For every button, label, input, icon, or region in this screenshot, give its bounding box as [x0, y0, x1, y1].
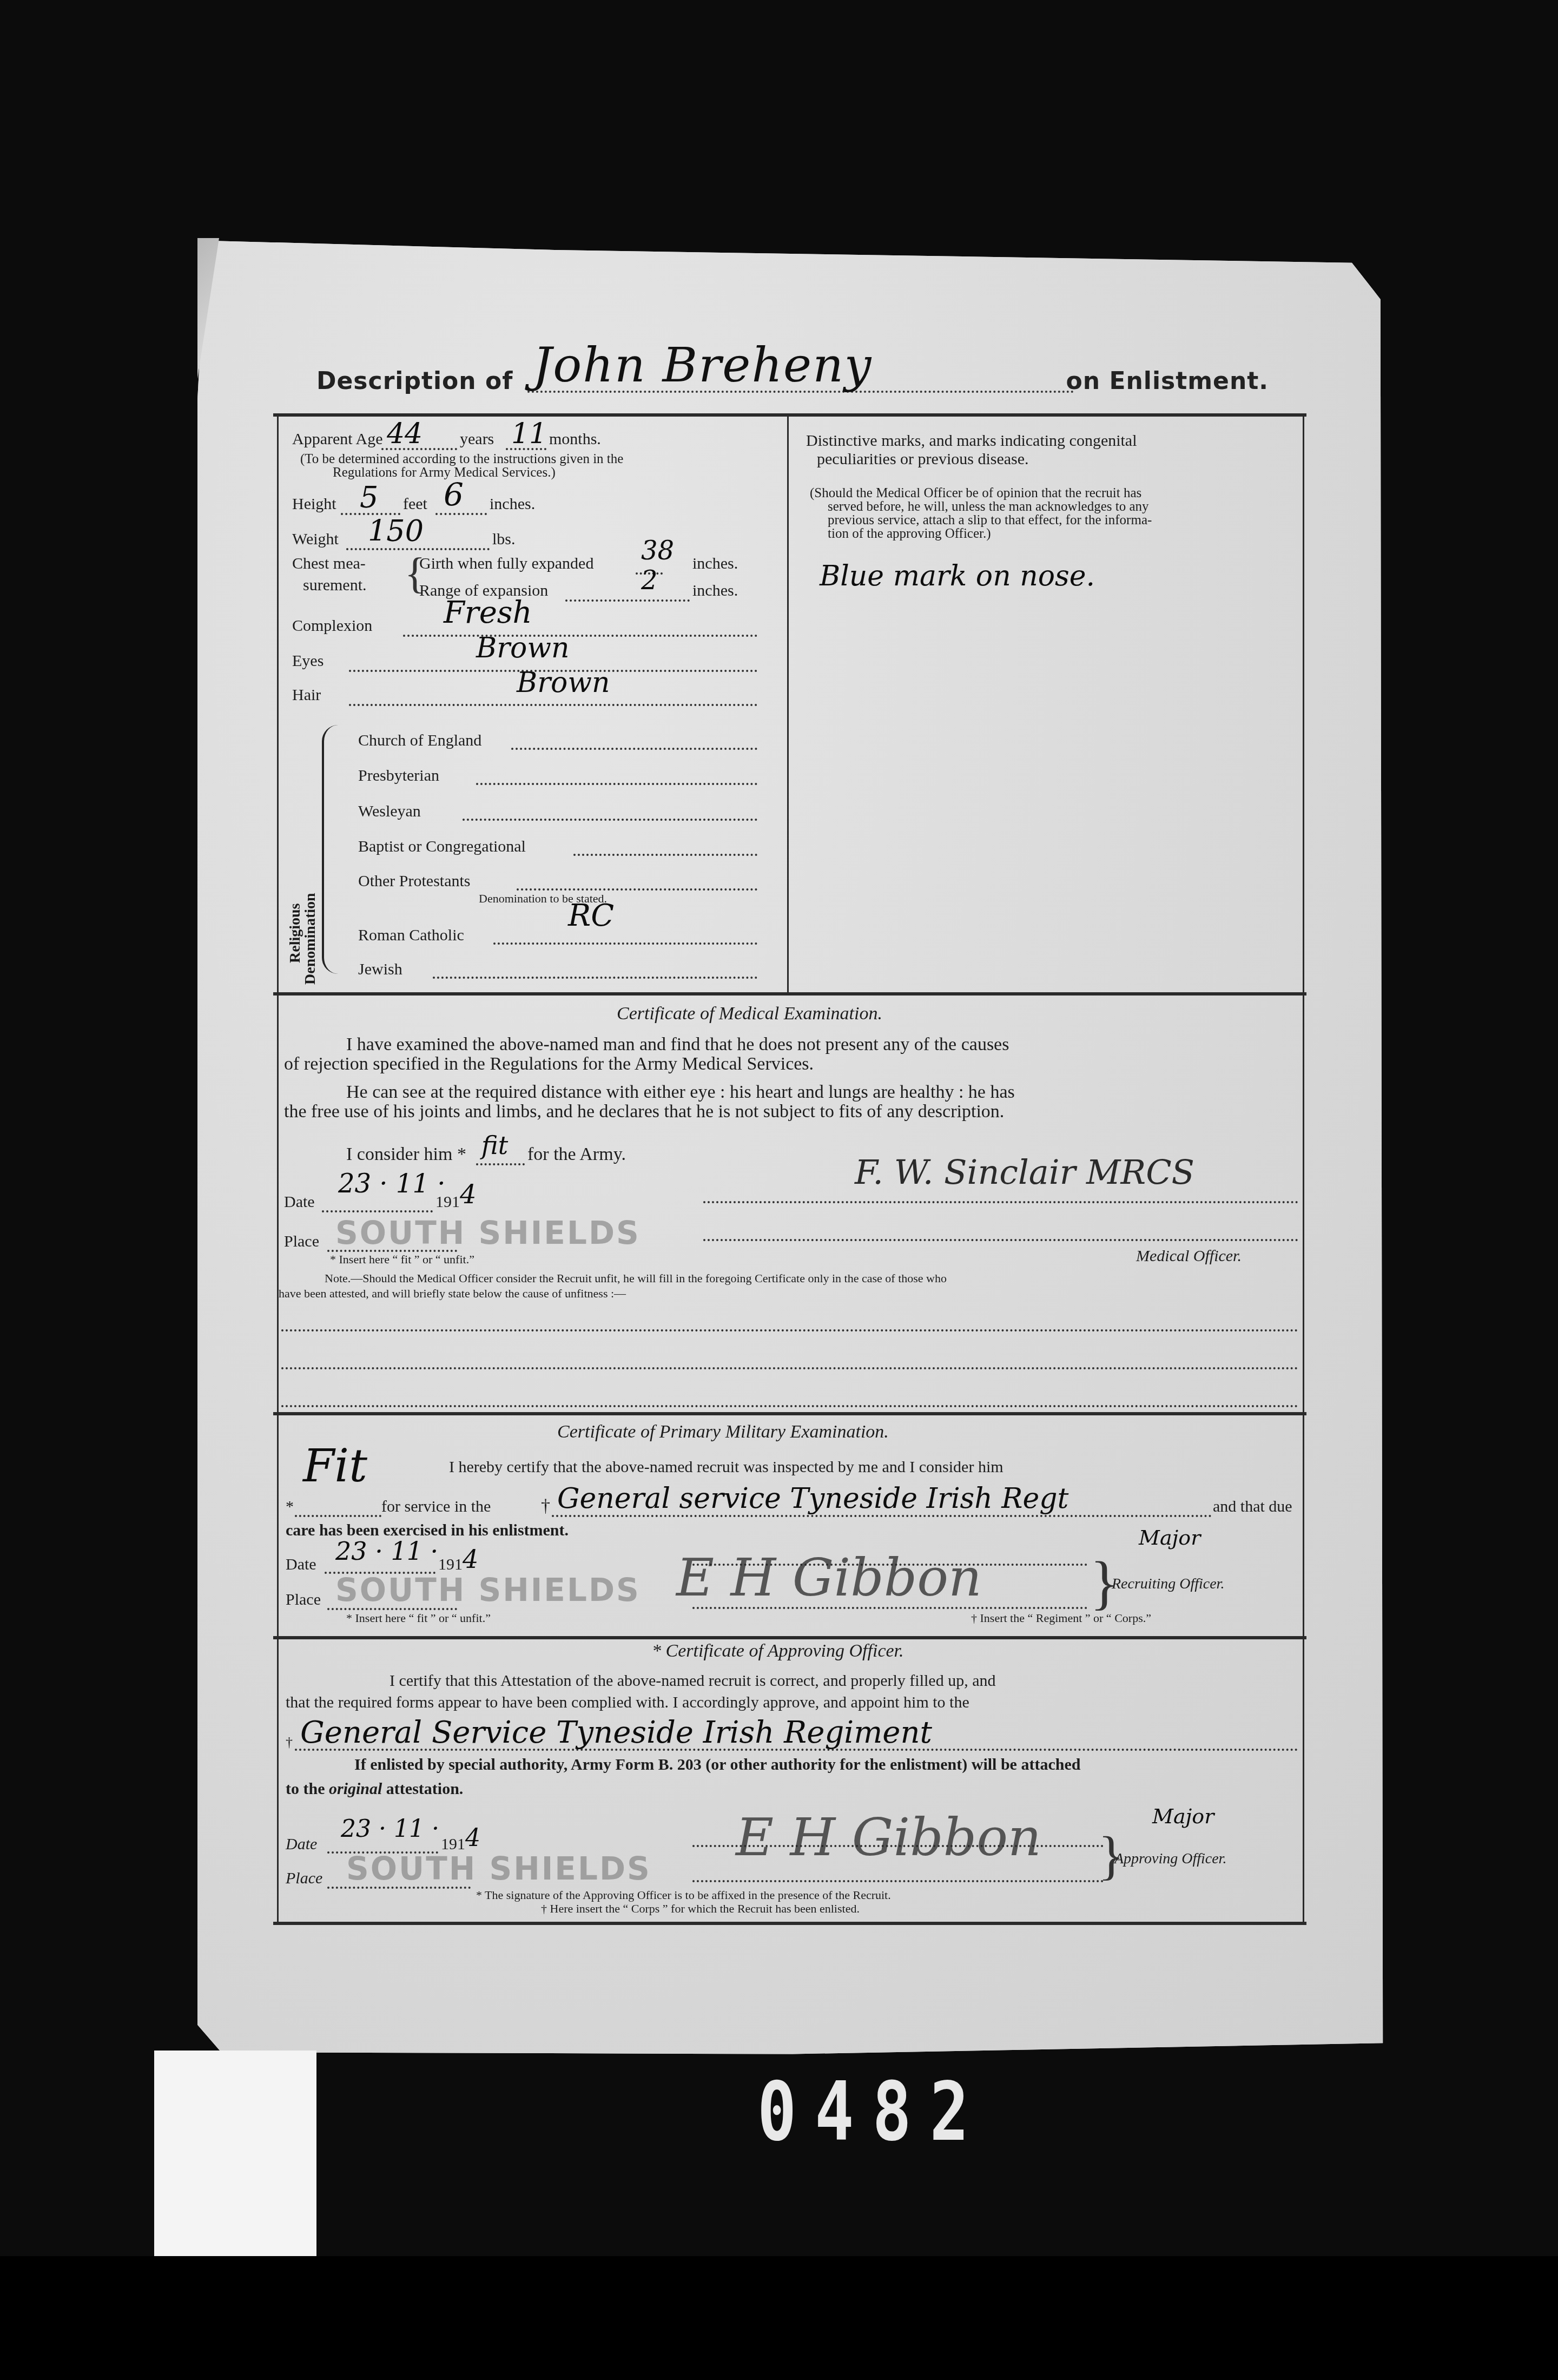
corps-value[interactable]: General Service Tyneside Irish Regiment: [300, 1715, 932, 1750]
age-months-value[interactable]: 11: [511, 418, 547, 450]
approving-para-2b: to the original attestation.: [286, 1780, 463, 1798]
approving-para-1b: that the required forms appear to have b…: [286, 1693, 969, 1712]
eyes-value[interactable]: Brown: [476, 632, 569, 664]
weight-unit: lbs.: [492, 530, 516, 549]
military-year-suffix[interactable]: 4: [463, 1545, 478, 1574]
age-years-value[interactable]: 44: [387, 418, 422, 450]
blank-label-card: [154, 2051, 316, 2256]
medical-officer-label: Medical Officer.: [1136, 1247, 1242, 1265]
military-certificate-title: Certificate of Primary Military Examinat…: [557, 1422, 889, 1442]
form-bottom-rule: [273, 1922, 1306, 1925]
medical-date-label: Date: [284, 1193, 315, 1211]
height-feet-value[interactable]: 5: [360, 480, 378, 515]
religion-option-label: Other Protestants: [358, 872, 470, 891]
column-divider: [787, 414, 789, 993]
marks-value[interactable]: Blue mark on nose.: [820, 560, 1095, 592]
range-line: [565, 599, 690, 602]
inches-label: inches.: [490, 495, 535, 513]
heading-prefix: Description of: [316, 367, 513, 395]
years-label: years: [460, 430, 494, 449]
medical-para-2b: the free use of his joints and limbs, an…: [284, 1102, 1004, 1122]
para-2b-italic: original: [329, 1780, 382, 1798]
top-rule: [273, 413, 1306, 417]
description-bottom-rule: [273, 992, 1306, 995]
approving-footnote-1: * The signature of the Approving Officer…: [476, 1888, 891, 1902]
hair-value[interactable]: Brown: [517, 667, 610, 699]
approving-year-suffix[interactable]: 4: [465, 1824, 480, 1852]
heading-suffix: on Enlistment.: [1066, 367, 1269, 395]
recruiting-officer-signature[interactable]: E H Gibbon: [676, 1547, 982, 1608]
place-stamp: SOUTH SHIELDS: [335, 1572, 641, 1608]
fitness-value[interactable]: fit: [481, 1131, 508, 1160]
place-stamp: SOUTH SHIELDS: [346, 1850, 651, 1887]
religion-option-line: [433, 977, 757, 979]
complexion-line: [403, 635, 757, 637]
form-left-border: [277, 414, 279, 1924]
approving-rank[interactable]: Major: [1152, 1804, 1214, 1828]
unfitness-line-1[interactable]: [281, 1329, 1298, 1331]
military-fit-line: [295, 1515, 381, 1517]
religion-option-line: [463, 819, 757, 821]
dagger-mark: †: [541, 1496, 550, 1517]
chest-label-1: Chest mea-: [292, 555, 366, 573]
eyes-label: Eyes: [292, 652, 324, 670]
religion-value[interactable]: RC: [568, 898, 614, 933]
frame-number: 0482: [757, 2066, 987, 2160]
service-prefix: for service in the: [381, 1498, 491, 1516]
marks-heading-2: peculiarities or previous disease.: [817, 450, 1029, 469]
religion-option-label: Jewish: [358, 960, 402, 979]
medical-signature-line: [703, 1201, 1298, 1203]
religion-option-line: [511, 748, 757, 750]
religion-option-label: Baptist or Congregational: [358, 838, 526, 856]
approving-officer-signature[interactable]: E H Gibbon: [736, 1807, 1041, 1868]
consider-line: [476, 1163, 525, 1165]
height-inches-line: [435, 513, 487, 515]
feet-label: feet: [403, 495, 427, 513]
military-rank[interactable]: Major: [1139, 1526, 1200, 1550]
age-note-line1: (To be determined according to the instr…: [300, 452, 623, 467]
military-insert-note-right: † Insert the “ Regiment ” or “ Corps.”: [971, 1611, 1151, 1625]
approving-para-2a: If enlisted by special authority, Army F…: [354, 1756, 1080, 1774]
form-right-border: [1303, 414, 1304, 1924]
scan-background: [0, 2256, 1558, 2380]
approving-para-1a: I certify that this Attestation of the a…: [389, 1672, 995, 1690]
chest-label-2: surement.: [303, 576, 366, 595]
religion-option-label: Roman Catholic: [358, 926, 464, 945]
military-bottom-rule: [273, 1636, 1306, 1639]
military-date-label: Date: [286, 1555, 316, 1574]
religion-option-label: Presbyterian: [358, 767, 439, 785]
medical-para-1b: of rejection specified in the Regulation…: [284, 1054, 814, 1074]
medical-year-prefix: 191: [435, 1193, 460, 1211]
approving-certificate-title: * Certificate of Approving Officer.: [652, 1641, 904, 1662]
consider-suffix: for the Army.: [527, 1144, 626, 1165]
religion-label-2: Denomination: [302, 893, 319, 985]
religion-option-line: [573, 854, 757, 856]
military-place-label: Place: [286, 1591, 321, 1609]
religion-option-line: [517, 888, 757, 891]
weight-value[interactable]: 150: [368, 514, 424, 548]
unfitness-line-2[interactable]: [281, 1367, 1298, 1369]
medical-note-2: have been attested, and will briefly sta…: [279, 1287, 626, 1301]
military-insert-note-left: * Insert here “ fit ” or “ unfit.”: [346, 1611, 491, 1625]
medical-year-suffix[interactable]: 4: [460, 1179, 477, 1210]
marks-note-4: tion of the approving Officer.): [828, 526, 991, 542]
marks-note-2: served before, he will, unless the man a…: [828, 499, 1149, 515]
hair-label: Hair: [292, 686, 321, 704]
military-fit-value[interactable]: Fit: [303, 1439, 367, 1492]
approving-place-label: Place: [286, 1869, 322, 1888]
approving-date-value[interactable]: 23 · 11 ·: [341, 1815, 439, 1843]
medical-bottom-rule: [273, 1412, 1306, 1415]
complexion-value[interactable]: Fresh: [444, 595, 532, 630]
approving-footnote-2: † Here insert the “ Corps ” for which th…: [541, 1902, 860, 1916]
medical-certificate-title: Certificate of Medical Examination.: [617, 1004, 882, 1024]
approving-date-label: Date: [286, 1835, 317, 1854]
religion-option-label: Wesleyan: [358, 802, 421, 821]
military-year-prefix: 191: [438, 1555, 463, 1574]
medical-note-1: Note.—Should the Medical Officer conside…: [325, 1271, 947, 1285]
weight-label: Weight: [292, 530, 339, 549]
medical-para-1a: I have examined the above-named man and …: [346, 1034, 1009, 1055]
girth-label: Girth when fully expanded: [419, 555, 593, 573]
para-2b-prefix: to the: [286, 1780, 325, 1798]
military-line-1: I hereby certify that the above-named re…: [449, 1458, 1004, 1476]
girth-value[interactable]: 38: [641, 536, 674, 566]
place-stamp: SOUTH SHIELDS: [335, 1215, 641, 1251]
medical-place-label: Place: [284, 1232, 319, 1251]
religion-group-label: Religious Denomination: [287, 822, 319, 963]
dagger-mark: †: [286, 1734, 293, 1750]
approving-officer-label: Approving Officer.: [1114, 1850, 1226, 1868]
religion-option-line: [493, 942, 757, 945]
medical-date-value[interactable]: 23 · 11 ·: [338, 1169, 445, 1199]
medical-insert-note: * Insert here “ fit ” or “ unfit.”: [330, 1252, 474, 1267]
military-date-value[interactable]: 23 · 11 ·: [335, 1537, 438, 1566]
religion-option-label: Church of England: [358, 731, 481, 750]
range-value[interactable]: 2: [641, 565, 658, 596]
girth-unit: inches.: [692, 555, 738, 573]
range-unit: inches.: [692, 582, 738, 600]
religion-brace: [322, 725, 338, 974]
recruit-name[interactable]: John Breheny: [533, 337, 873, 393]
marks-note-3: previous service, attach a slip to that …: [828, 513, 1152, 528]
service-suffix: and that due: [1213, 1498, 1292, 1516]
medical-date-line: [322, 1210, 433, 1212]
complexion-label: Complexion: [292, 617, 372, 635]
form-heading: Description of John Breheny on Enlistmen…: [316, 346, 1269, 400]
age-label: Apparent Age: [292, 430, 382, 449]
recruiting-officer-label: Recruiting Officer.: [1112, 1575, 1224, 1593]
medical-officer-signature[interactable]: F. W. Sinclair MRCS: [855, 1152, 1194, 1192]
approving-sig-line-2: [692, 1880, 1104, 1882]
hair-line: [349, 704, 757, 706]
service-value[interactable]: General service Tyneside Irish Regt: [557, 1482, 1068, 1515]
unfitness-line-3[interactable]: [281, 1405, 1298, 1407]
consider-prefix: I consider him *: [346, 1144, 466, 1165]
months-label: months.: [549, 430, 601, 449]
marks-heading-1: Distinctive marks, and marks indicating …: [806, 432, 1137, 450]
medical-para-2a: He can see at the required distance with…: [346, 1082, 1015, 1103]
para-2b-suffix: attestation.: [386, 1780, 463, 1798]
height-inches-value[interactable]: 6: [444, 476, 464, 513]
religion-option-line: [476, 783, 757, 785]
service-line: [552, 1515, 1212, 1517]
medical-signature-line-2: [703, 1239, 1298, 1241]
marks-note-1: (Should the Medical Officer be of opinio…: [810, 486, 1141, 501]
height-label: Height: [292, 495, 336, 513]
